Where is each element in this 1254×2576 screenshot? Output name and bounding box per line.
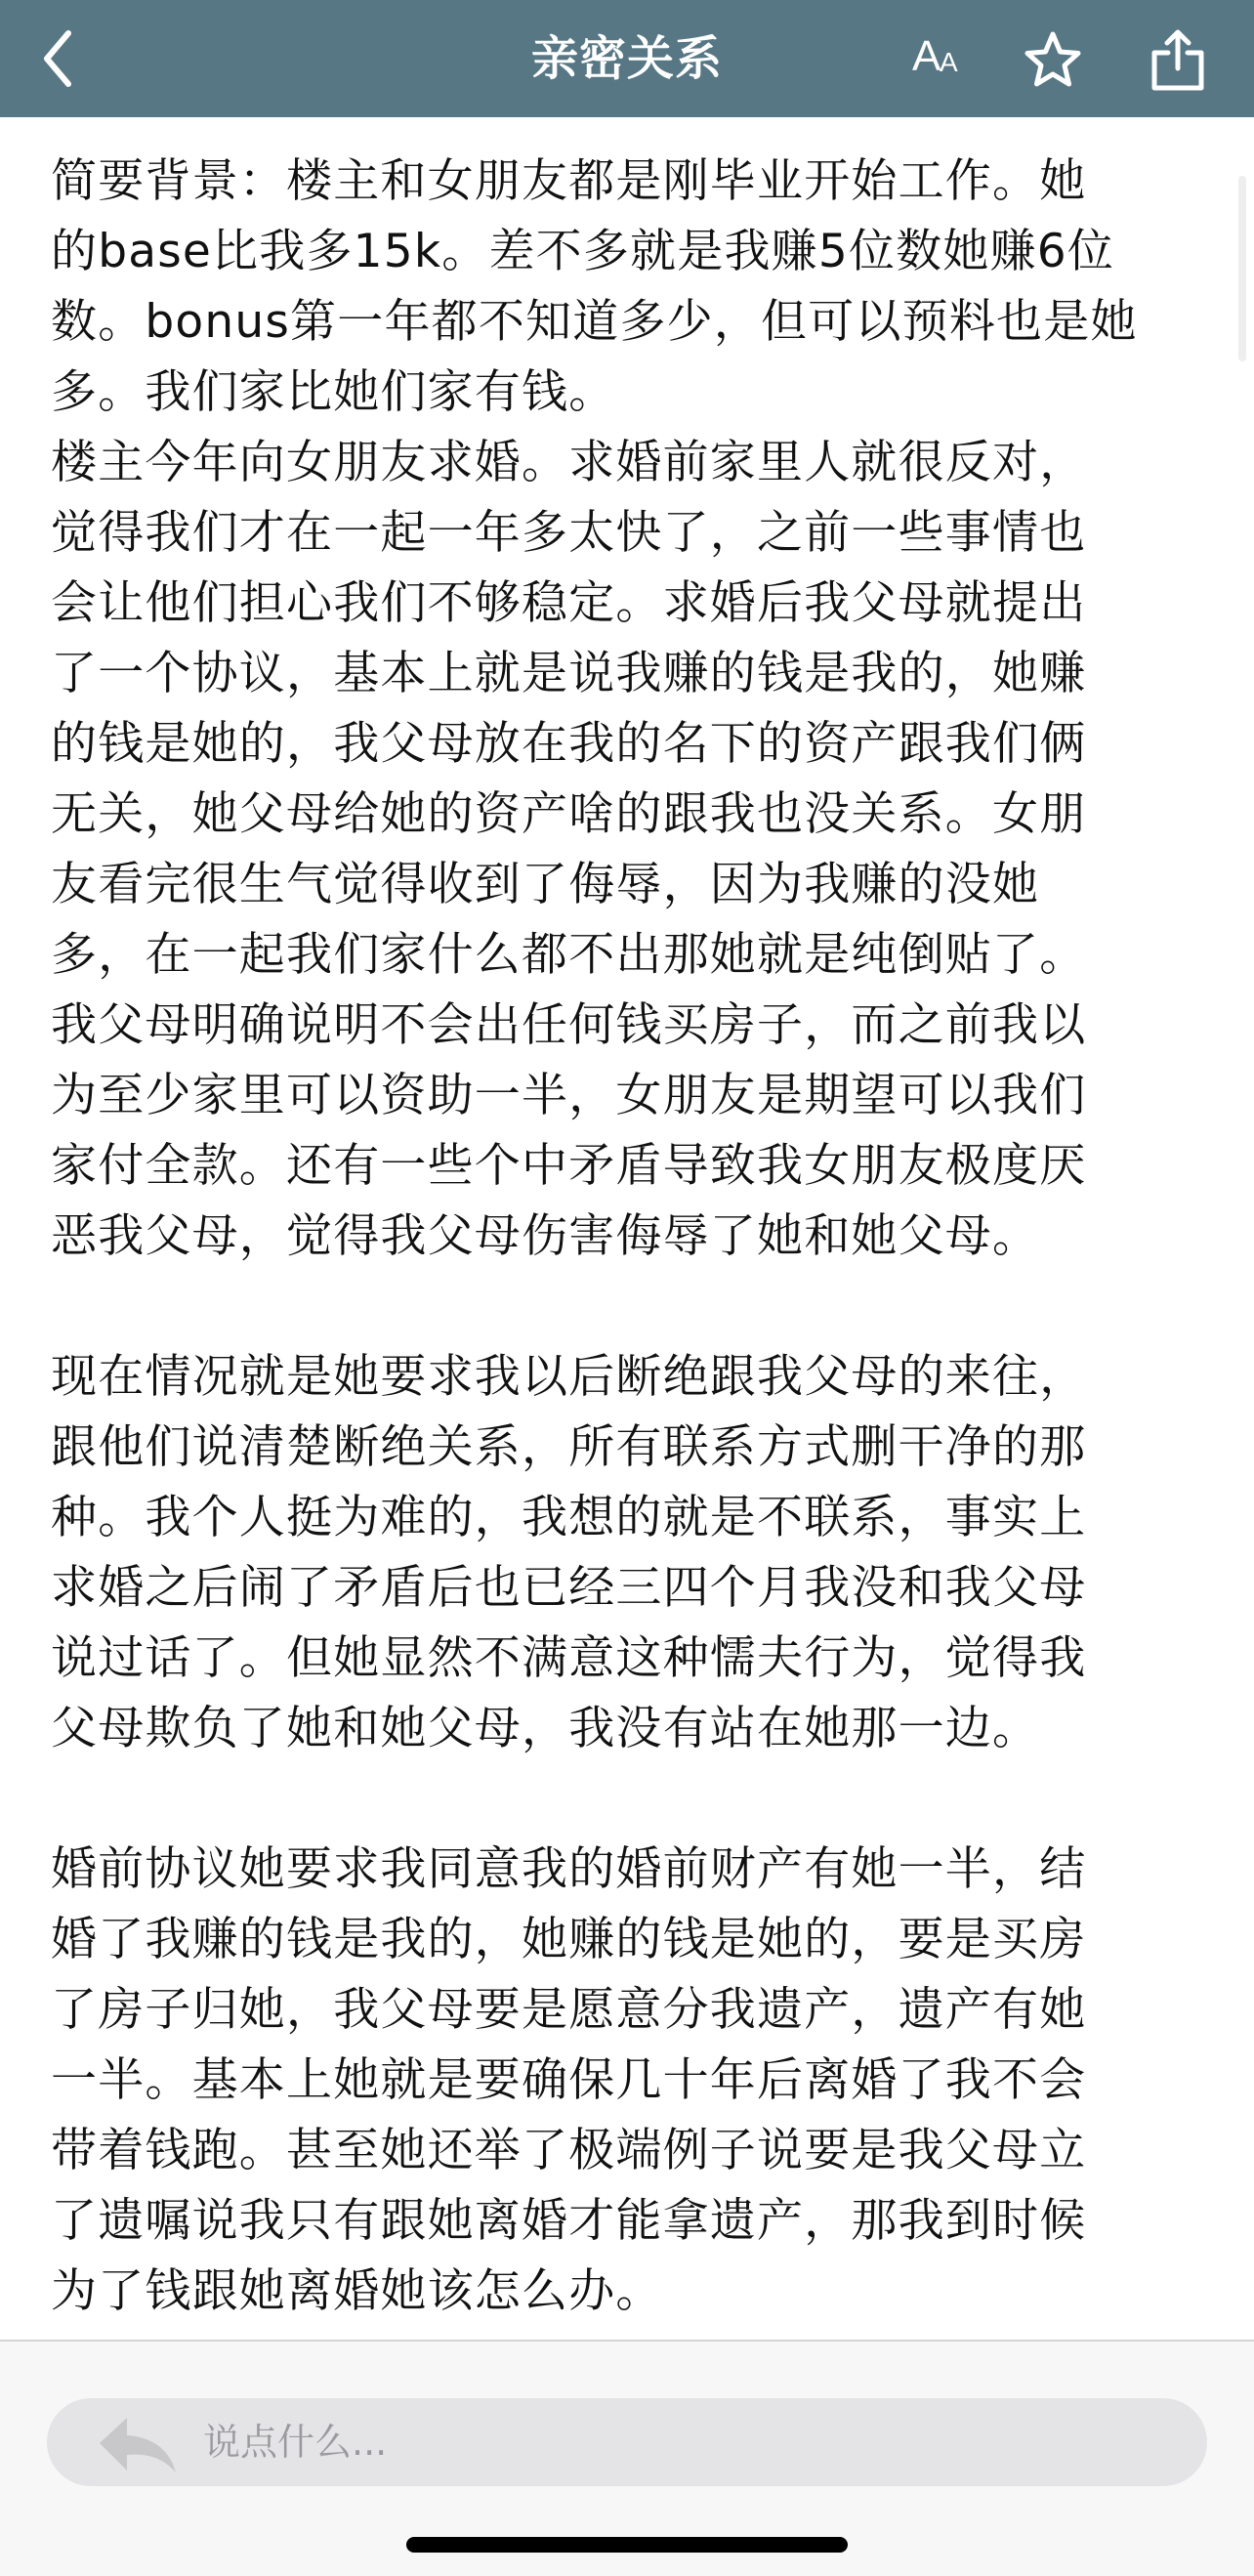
text-line: 家付全款。还有一些个中矛盾导致我女朋友极度厌 bbox=[51, 1131, 1223, 1202]
text-line: 会让他们担心我们不够稳定。求婚后我父母就提出 bbox=[51, 569, 1223, 639]
navigation-bar: 亲密关系 A A bbox=[0, 0, 1254, 117]
back-button[interactable] bbox=[39, 27, 98, 90]
text-line: 了遗嘱说我只有跟她离婚才能拿遗产，那我到时候 bbox=[51, 2186, 1223, 2257]
text-line: 父母欺负了她和她父母，我没有站在她那一边。 bbox=[51, 1694, 1223, 1764]
text-line: 多，在一起我们家什么都不出那她就是纯倒贴了。 bbox=[51, 920, 1223, 991]
comment-input[interactable]: 说点什么... bbox=[47, 2398, 1207, 2486]
text-line: 的钱是她的，我父母放在我的名下的资产跟我们俩 bbox=[51, 709, 1223, 780]
text-line: 的base比我多15k。差不多就是我赚5位数她赚6位 bbox=[51, 217, 1223, 287]
text-line: 为了钱跟她离婚她该怎么办。 bbox=[51, 2257, 1223, 2327]
share-button[interactable] bbox=[1149, 29, 1207, 92]
text-line: 跟他们说清楚断绝关系，所有联系方式删干净的那 bbox=[51, 1413, 1223, 1483]
paragraph-block-3: 婚前协议她要求我同意我的婚前财产有她一半，结 婚了我赚的钱是我的，她赚的钱是她的… bbox=[51, 1835, 1223, 2327]
text-line: 婚前协议她要求我同意我的婚前财产有她一半，结 bbox=[51, 1835, 1223, 1905]
post-body: 简要背景：楼主和女朋友都是刚毕业开始工作。她 的base比我多15k。差不多就是… bbox=[51, 147, 1223, 2327]
text-line: 为至少家里可以资助一半，女朋友是期望可以我们 bbox=[51, 1061, 1223, 1131]
text-line: 一半。基本上她就是要确保几十年后离婚了我不会 bbox=[51, 2046, 1223, 2116]
text-line: 婚了我赚的钱是我的，她赚的钱是她的，要是买房 bbox=[51, 1905, 1223, 1975]
comment-placeholder: 说点什么... bbox=[203, 2398, 387, 2486]
text-line: 了一个协议，基本上就是说我赚的钱是我的，她赚 bbox=[51, 639, 1223, 709]
home-indicator[interactable] bbox=[406, 2537, 848, 2553]
chevron-left-icon bbox=[39, 27, 98, 90]
text-line: 多。我们家比她们家有钱。 bbox=[51, 358, 1223, 428]
text-line: 数。bonus第一年都不知道多少，但可以预料也是她 bbox=[51, 287, 1223, 358]
font-size-icon: A bbox=[912, 35, 940, 78]
favorite-button[interactable] bbox=[1022, 29, 1084, 92]
paragraph-gap bbox=[51, 1764, 1223, 1835]
text-line: 了房子归她，我父母要是愿意分我遗产，遗产有她 bbox=[51, 1975, 1223, 2046]
text-line: 觉得我们才在一起一年多太快了，之前一些事情也 bbox=[51, 498, 1223, 569]
share-icon bbox=[1149, 29, 1207, 92]
text-line: 我父母明确说明不会出任何钱买房子，而之前我以 bbox=[51, 991, 1223, 1061]
text-line: 现在情况就是她要求我以后断绝跟我父母的来往， bbox=[51, 1342, 1223, 1413]
comment-bar: 说点什么... bbox=[0, 2340, 1254, 2576]
font-size-button[interactable]: A A bbox=[908, 29, 967, 88]
text-line: 种。我个人挺为难的，我想的就是不联系，事实上 bbox=[51, 1483, 1223, 1553]
reply-icon bbox=[98, 2416, 180, 2474]
paragraph-gap bbox=[51, 1272, 1223, 1342]
text-line: 无关，她父母给她的资产啥的跟我也没关系。女朋 bbox=[51, 780, 1223, 850]
scrollbar[interactable] bbox=[1238, 176, 1246, 361]
text-line: 带着钱跑。甚至她还举了极端例子说要是我父母立 bbox=[51, 2116, 1223, 2186]
star-icon bbox=[1022, 29, 1084, 92]
text-line: 恶我父母，觉得我父母伤害侮辱了她和她父母。 bbox=[51, 1202, 1223, 1272]
text-line: 求婚之后闹了矛盾后也已经三四个月我没和我父母 bbox=[51, 1553, 1223, 1624]
text-line: 友看完很生气觉得收到了侮辱，因为我赚的没她 bbox=[51, 850, 1223, 920]
text-line: 简要背景：楼主和女朋友都是刚毕业开始工作。她 bbox=[51, 147, 1223, 217]
text-line: 说过话了。但她显然不满意这种懦夫行为，觉得我 bbox=[51, 1624, 1223, 1694]
paragraph-block-2: 现在情况就是她要求我以后断绝跟我父母的来往， 跟他们说清楚断绝关系，所有联系方式… bbox=[51, 1342, 1223, 1764]
font-size-icon-small: A bbox=[940, 49, 958, 76]
text-line: 楼主今年向女朋友求婚。求婚前家里人就很反对， bbox=[51, 428, 1223, 498]
paragraph-block-1: 简要背景：楼主和女朋友都是刚毕业开始工作。她 的base比我多15k。差不多就是… bbox=[51, 147, 1223, 1272]
